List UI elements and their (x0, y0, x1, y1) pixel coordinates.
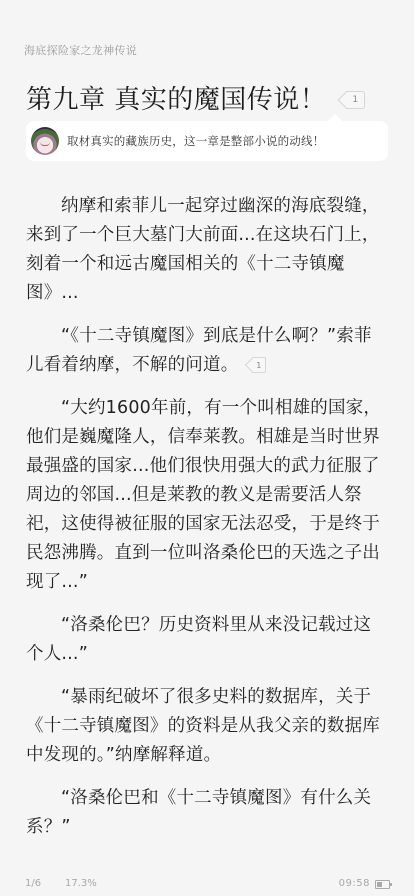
chapter-content[interactable]: 纳摩和索菲儿一起穿过幽深的海底裂缝，来到了一个巨大墓门大前面...在这块石门上，… (26, 192, 388, 856)
paragraph: “大约1600年前，有一个叫相雄的国家，他们是巍魔隆人，信奉莱教。相雄是当时世界… (26, 394, 388, 597)
battery-icon (375, 880, 390, 889)
paragraph-comment-button[interactable]: 1 (252, 357, 266, 373)
paragraph: “洛桑伦巴和《十二寺镇魔图》有什么关系？” (26, 784, 388, 842)
reading-progress: 17.3% (65, 878, 97, 889)
comment-count: 1 (352, 95, 358, 105)
comment-count: 1 (256, 351, 261, 380)
author-avatar-icon[interactable] (31, 127, 59, 155)
author-note-text: 取材真实的藏族历史，这一章是整部小说的动线！ (67, 133, 324, 149)
paragraph: 纳摩和索菲儿一起穿过幽深的海底裂缝，来到了一个巨大墓门大前面...在这块石门上，… (26, 192, 388, 308)
paragraph: “洛桑伦巴？历史资料里从来没记载过这个人...” (26, 611, 388, 669)
page-indicator: 1/6 (25, 878, 41, 889)
author-note[interactable]: 取材真实的藏族历史，这一章是整部小说的动线！ (26, 121, 388, 161)
chapter-comment-button[interactable]: 1 (346, 91, 365, 109)
clock: 09:58 (339, 878, 370, 889)
paragraph: “暴雨纪破坏了很多史料的数据库，关于《十二寺镇魔图》的资料是从我父亲的数据库中发… (26, 683, 388, 770)
paragraph: “《十二寺镇魔图》到底是什么啊？”索菲儿看着纳摩，不解的问道。1 (26, 322, 388, 380)
chapter-title: 第九章 真实的魔国传说！ (26, 82, 326, 118)
reader-status-bar: 1/6 17.3% 09:58 (0, 866, 414, 896)
chapter-header: 第九章 真实的魔国传说！ 1 (26, 82, 365, 118)
book-title: 海底探险家之龙神传说 (24, 42, 137, 58)
battery-level (377, 882, 382, 887)
